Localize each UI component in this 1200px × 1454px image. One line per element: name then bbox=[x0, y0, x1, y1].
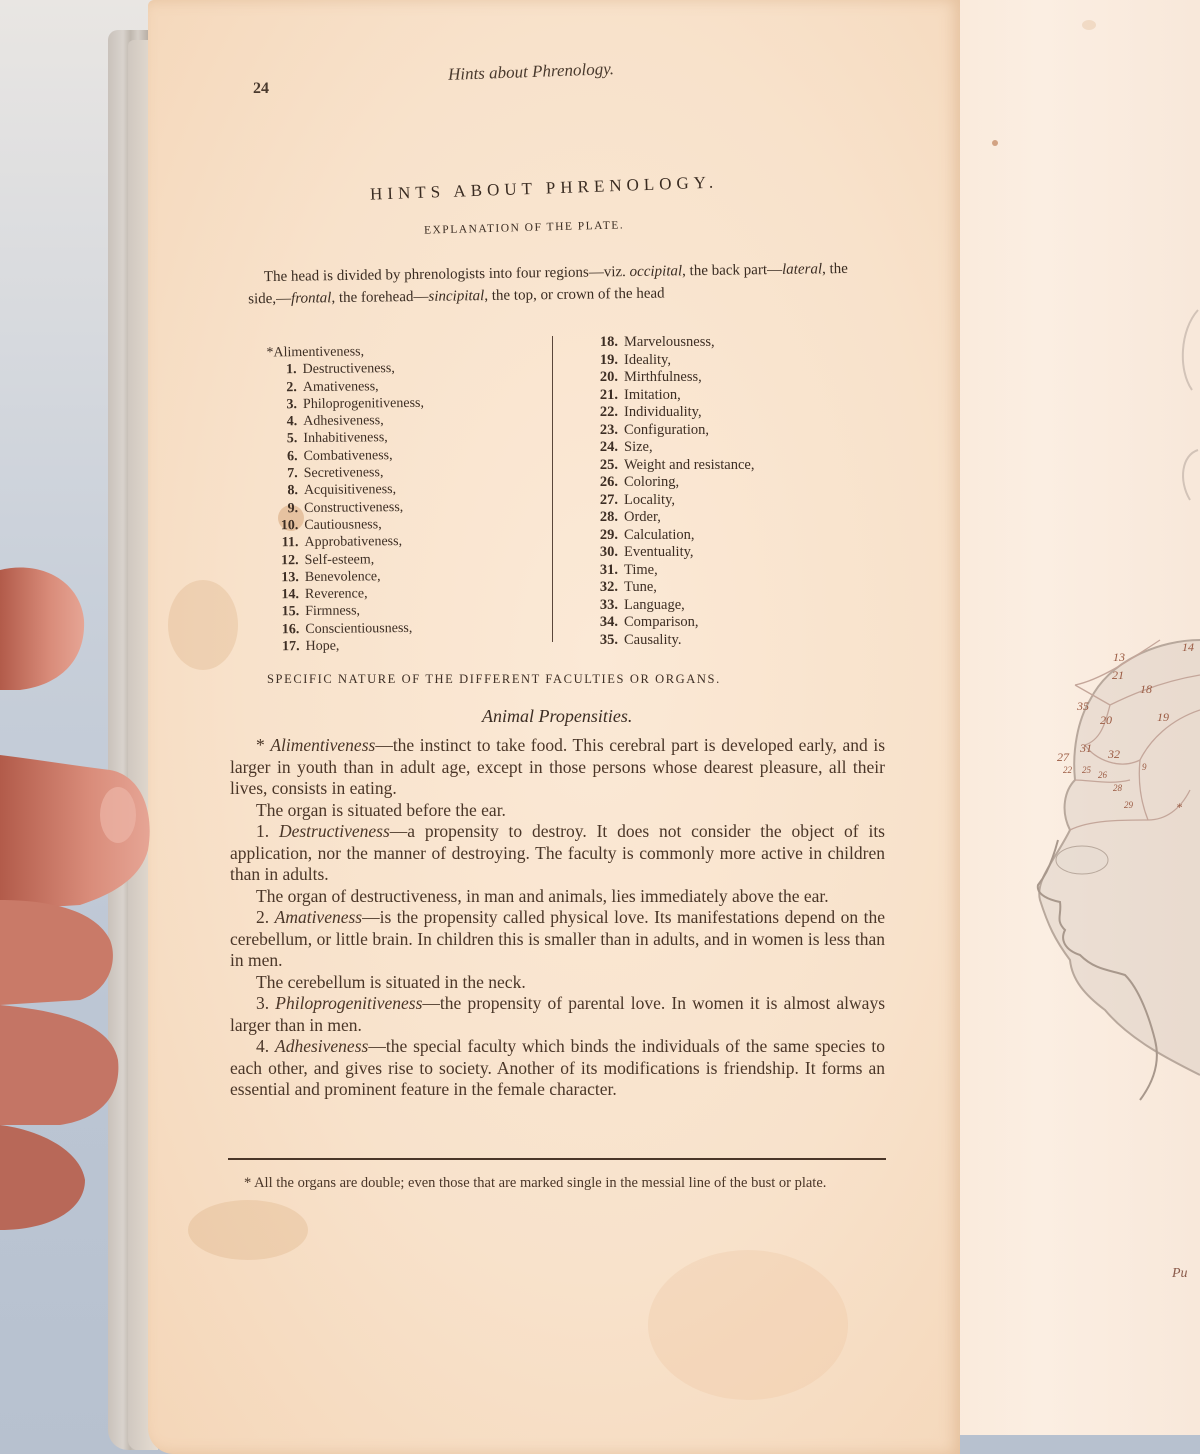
faculty-number: 12. bbox=[269, 552, 305, 570]
faculty-name: Calculation, bbox=[624, 527, 694, 545]
plate-region-label: 28 bbox=[1113, 783, 1122, 793]
faculty-term: Destructiveness bbox=[279, 821, 390, 841]
body-paragraph: 1. Destructiveness—a propensity to destr… bbox=[230, 821, 885, 886]
faculty-list-item: 18.Marvelousness, bbox=[588, 334, 848, 352]
faculty-number: 31. bbox=[588, 562, 624, 580]
faculty-name: Benevolence, bbox=[305, 568, 381, 586]
faculty-term: Amativeness bbox=[275, 907, 362, 927]
faculty-name: Secretiveness, bbox=[304, 464, 384, 482]
body-paragraph: The cerebellum is situated in the neck. bbox=[230, 972, 885, 994]
plate-region-label: 18 bbox=[1140, 682, 1152, 697]
faculty-number: 1. bbox=[267, 361, 303, 379]
plate-region-label: 29 bbox=[1124, 800, 1133, 810]
faculty-number: 29. bbox=[588, 527, 624, 545]
faculty-number: 27. bbox=[588, 492, 624, 510]
faculty-list-item: 17.Hope, bbox=[269, 636, 539, 656]
intro-paragraph: The head is divided by phrenologists int… bbox=[248, 258, 869, 311]
faculty-name: Adhesiveness, bbox=[303, 412, 384, 430]
faculty-number: 35. bbox=[588, 632, 624, 650]
footnote-rule bbox=[228, 1158, 886, 1160]
faculty-name: Approbativeness, bbox=[304, 533, 402, 551]
faculty-name: Size, bbox=[624, 439, 653, 457]
faculty-number: 30. bbox=[588, 544, 624, 562]
faculty-list-item: 34.Comparison, bbox=[588, 614, 848, 632]
faculty-name: Conscientiousness, bbox=[305, 620, 412, 638]
faculty-name: Configuration, bbox=[624, 422, 709, 440]
faculty-name: Constructiveness, bbox=[304, 499, 403, 517]
faculty-name: Language, bbox=[624, 597, 685, 615]
body-paragraph: 2. Amativeness—is the propensity called … bbox=[230, 907, 885, 972]
faculty-number: 28. bbox=[588, 509, 624, 527]
faculty-list-item: 24.Size, bbox=[588, 439, 848, 457]
faculty-number: 33. bbox=[588, 597, 624, 615]
footnote: * All the organs are double; even those … bbox=[230, 1174, 890, 1192]
faculty-list-item: 25.Weight and resistance, bbox=[588, 457, 848, 475]
plate-region-label: 21 bbox=[1112, 668, 1124, 683]
faculty-name: Destructiveness, bbox=[303, 360, 395, 378]
faculty-name: Time, bbox=[624, 562, 658, 580]
faculty-name: Mirthfulness, bbox=[624, 369, 702, 387]
body-paragraph: The organ is situated before the ear. bbox=[230, 800, 885, 822]
faculty-list-item: 21.Imitation, bbox=[588, 387, 848, 405]
body-paragraph: The organ of destructiveness, in man and… bbox=[230, 886, 885, 908]
faculty-number: 20. bbox=[588, 369, 624, 387]
faculty-number: 8. bbox=[268, 482, 304, 500]
faculty-name: Comparison, bbox=[624, 614, 699, 632]
faculty-name: Ideality, bbox=[624, 352, 671, 370]
faculty-number: 4. bbox=[267, 413, 303, 431]
faculty-number: 10. bbox=[268, 517, 304, 535]
faculty-number: 25. bbox=[588, 457, 624, 475]
faculty-number: 21. bbox=[588, 387, 624, 405]
faculty-number: 23. bbox=[588, 422, 624, 440]
faculty-term: Alimentiveness bbox=[270, 735, 375, 755]
body-paragraph: 3. Philoprogenitiveness—the propensity o… bbox=[230, 993, 885, 1036]
faculty-number: 7. bbox=[268, 465, 304, 483]
faculty-list-right: 18.Marvelousness,19.Ideality,20.Mirthful… bbox=[588, 334, 848, 649]
plate-region-label: 9 bbox=[1142, 762, 1147, 772]
faculty-number: 16. bbox=[269, 621, 305, 639]
plate-region-label: 20 bbox=[1100, 713, 1112, 728]
faculty-number: 17. bbox=[269, 638, 305, 656]
faculty-number: 22. bbox=[588, 404, 624, 422]
faculty-number: 15. bbox=[269, 603, 305, 621]
faculty-list-item: 20.Mirthfulness, bbox=[588, 369, 848, 387]
faculty-name: Acquisitiveness, bbox=[304, 481, 396, 499]
faculty-list-item: 28.Order, bbox=[588, 509, 848, 527]
faculty-number: 2. bbox=[267, 379, 303, 397]
body-paragraph: 4. Adhesiveness—the special faculty whic… bbox=[230, 1036, 885, 1101]
column-divider bbox=[552, 336, 553, 642]
faculty-number: 32. bbox=[588, 579, 624, 597]
book-page bbox=[148, 0, 960, 1454]
faculty-list-item: 30.Eventuality, bbox=[588, 544, 848, 562]
faculty-name: Tune, bbox=[624, 579, 657, 597]
page-number: 24 bbox=[253, 80, 269, 98]
faculty-number: 9. bbox=[268, 500, 304, 518]
faculty-number: 11. bbox=[268, 534, 304, 552]
faculty-name: Self-esteem, bbox=[305, 551, 375, 569]
faculty-name: Philoprogenitiveness, bbox=[303, 395, 424, 414]
faculty-number: 13. bbox=[269, 569, 305, 587]
faculty-list-item: 29.Calculation, bbox=[588, 527, 848, 545]
faculty-list-item: 32.Tune, bbox=[588, 579, 848, 597]
plate-region-label: 14 bbox=[1182, 640, 1194, 655]
faculty-name: Firmness, bbox=[305, 603, 360, 621]
hand-holding-book bbox=[0, 560, 160, 1240]
faculty-list-item: 22.Individuality, bbox=[588, 404, 848, 422]
section-subheading: Animal Propensities. bbox=[482, 706, 632, 727]
faculty-number: 14. bbox=[269, 586, 305, 604]
plate-region-label: * bbox=[1176, 800, 1182, 815]
faculty-number: 34. bbox=[588, 614, 624, 632]
faculty-name: Locality, bbox=[624, 492, 675, 510]
plate-region-label: 27 bbox=[1057, 750, 1069, 765]
plate-region-label: 25 bbox=[1082, 765, 1091, 775]
faculty-name: Inhabitiveness, bbox=[303, 430, 388, 448]
faculty-name: Reverence, bbox=[305, 586, 368, 604]
faculty-number: 19. bbox=[588, 352, 624, 370]
faculty-term: Philoprogenitiveness bbox=[275, 993, 422, 1013]
faculty-name: Cautiousness, bbox=[304, 516, 382, 534]
plate-region-label: 32 bbox=[1108, 747, 1120, 762]
faculty-list-item: 35.Causality. bbox=[588, 632, 848, 650]
faculty-name: Alimentiveness, bbox=[273, 343, 364, 361]
plate-region-label: 35 bbox=[1077, 699, 1089, 714]
faculty-name: Marvelousness, bbox=[624, 334, 715, 352]
faculty-name: Imitation, bbox=[624, 387, 681, 405]
plate-region-label: 26 bbox=[1098, 770, 1107, 780]
faculty-number: 5. bbox=[267, 431, 303, 449]
faculty-name: Causality. bbox=[624, 632, 681, 650]
faculty-name: Hope, bbox=[305, 638, 339, 656]
faculty-number: 26. bbox=[588, 474, 624, 492]
plate-region-label: 22 bbox=[1063, 765, 1072, 775]
faculty-list-item: 31.Time, bbox=[588, 562, 848, 580]
faculty-name: Eventuality, bbox=[624, 544, 694, 562]
faculty-name: Amativeness, bbox=[303, 378, 379, 396]
faculty-list-left: *Alimentiveness,1.Destructiveness,2.Amat… bbox=[266, 342, 539, 656]
faculty-list-item: 23.Configuration, bbox=[588, 422, 848, 440]
plate-region-label: 31 bbox=[1080, 741, 1092, 756]
faculty-number: 18. bbox=[588, 334, 624, 352]
faculty-term: Adhesiveness bbox=[275, 1036, 368, 1056]
faculty-list-item: 33.Language, bbox=[588, 597, 848, 615]
plate-region-label: 19 bbox=[1157, 710, 1169, 725]
plate-region-label: 13 bbox=[1113, 650, 1125, 665]
plate-caption: Pu bbox=[1172, 1266, 1188, 1282]
faculty-list-item: 27.Locality, bbox=[588, 492, 848, 510]
faculty-list-item: 26.Coloring, bbox=[588, 474, 848, 492]
faculty-name: Combativeness, bbox=[303, 447, 392, 465]
faculty-name: Coloring, bbox=[624, 474, 679, 492]
faculty-number: 3. bbox=[267, 396, 303, 414]
faculty-number: 6. bbox=[267, 448, 303, 466]
faculty-name: Weight and resistance, bbox=[624, 457, 755, 475]
body-paragraph: * Alimentiveness—the instinct to take fo… bbox=[230, 735, 885, 800]
faculty-list-item: 19.Ideality, bbox=[588, 352, 848, 370]
body-text: * Alimentiveness—the instinct to take fo… bbox=[230, 735, 885, 1101]
faculty-name: Order, bbox=[624, 509, 661, 527]
faculty-number: 24. bbox=[588, 439, 624, 457]
section-heading: SPECIFIC NATURE OF THE DIFFERENT FACULTI… bbox=[267, 672, 721, 687]
faculty-name: Individuality, bbox=[624, 404, 702, 422]
